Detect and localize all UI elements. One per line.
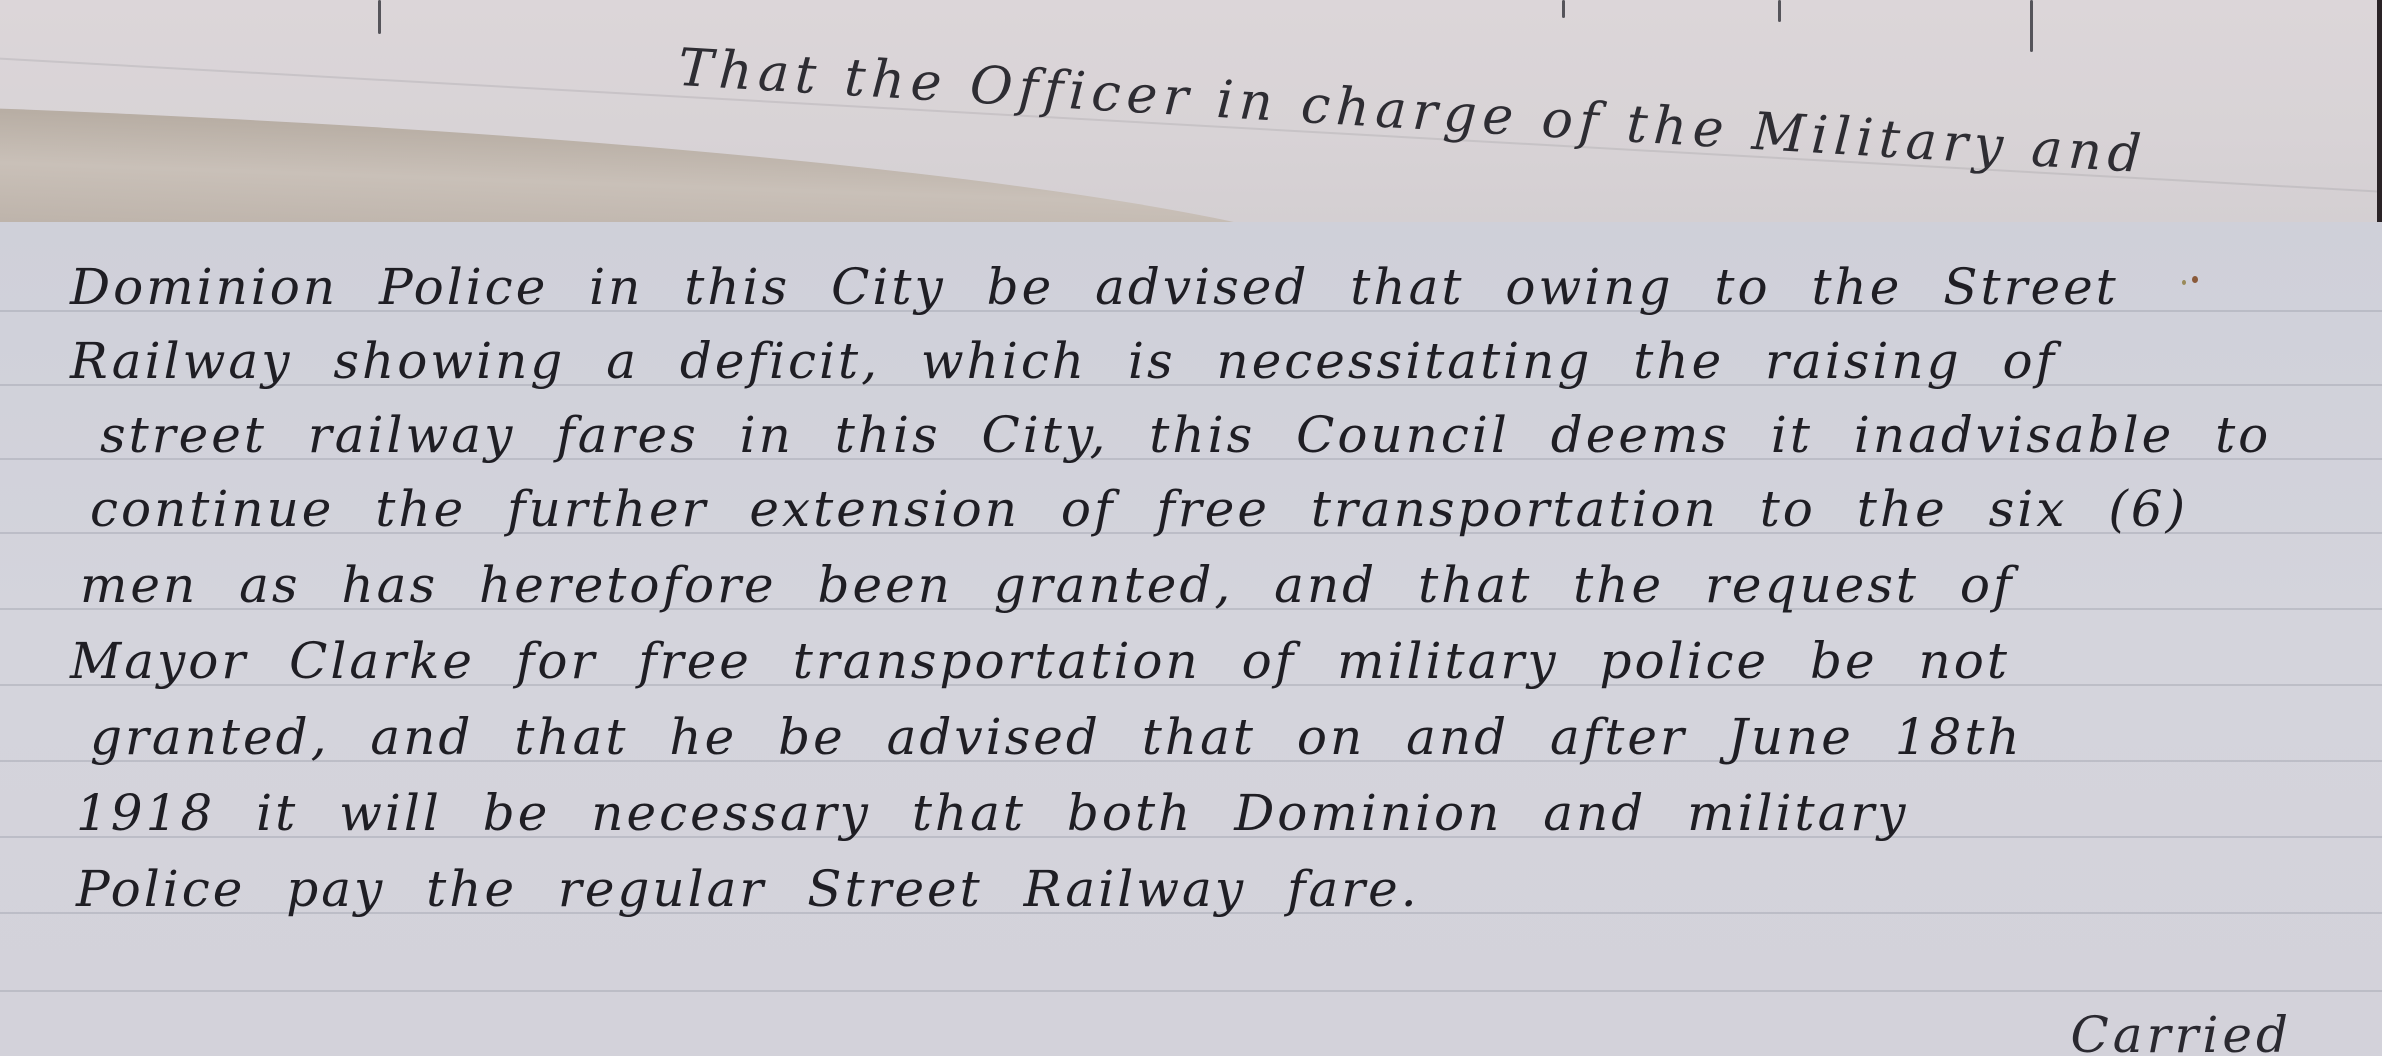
handwritten-line-1: Dominion Police in this City be advised …: [70, 258, 2119, 316]
handwritten-line-6: Mayor Clarke for free transportation of …: [70, 632, 2010, 690]
lined-paper-strip: Dominion Police in this City be advised …: [0, 222, 2382, 1056]
descender-fragment: [1562, 0, 1565, 18]
handwritten-line-5: men as has heretofore been granted, and …: [80, 556, 2015, 614]
motion-carried-note: Carried: [2071, 1006, 2292, 1056]
handwritten-line-2: Railway showing a deficit, which is nece…: [70, 332, 2057, 390]
ink-spot: [2192, 276, 2198, 283]
handwritten-line-7: granted, and that he be advised that on …: [90, 708, 2023, 766]
handwritten-line-8: 1918 it will be necessary that both Domi…: [76, 784, 1909, 842]
descender-fragment: [1778, 0, 1781, 22]
descender-fragment: [2030, 0, 2033, 52]
ruled-line: [0, 990, 2382, 992]
handwritten-line-top: That the Officer in charge of the Milita…: [676, 38, 2148, 185]
ink-spot: [2182, 280, 2186, 285]
handwritten-line-9: Police pay the regular Street Railway fa…: [76, 860, 1420, 918]
photo-edge: [2377, 0, 2382, 222]
descender-fragment: [378, 0, 381, 34]
top-photo-strip: That the Officer in charge of the Milita…: [0, 0, 2382, 222]
handwritten-line-4: continue the further extension of free t…: [90, 480, 2188, 538]
document-photo: That the Officer in charge of the Milita…: [0, 0, 2382, 1056]
handwritten-line-3: street railway fares in this City, this …: [100, 406, 2271, 464]
